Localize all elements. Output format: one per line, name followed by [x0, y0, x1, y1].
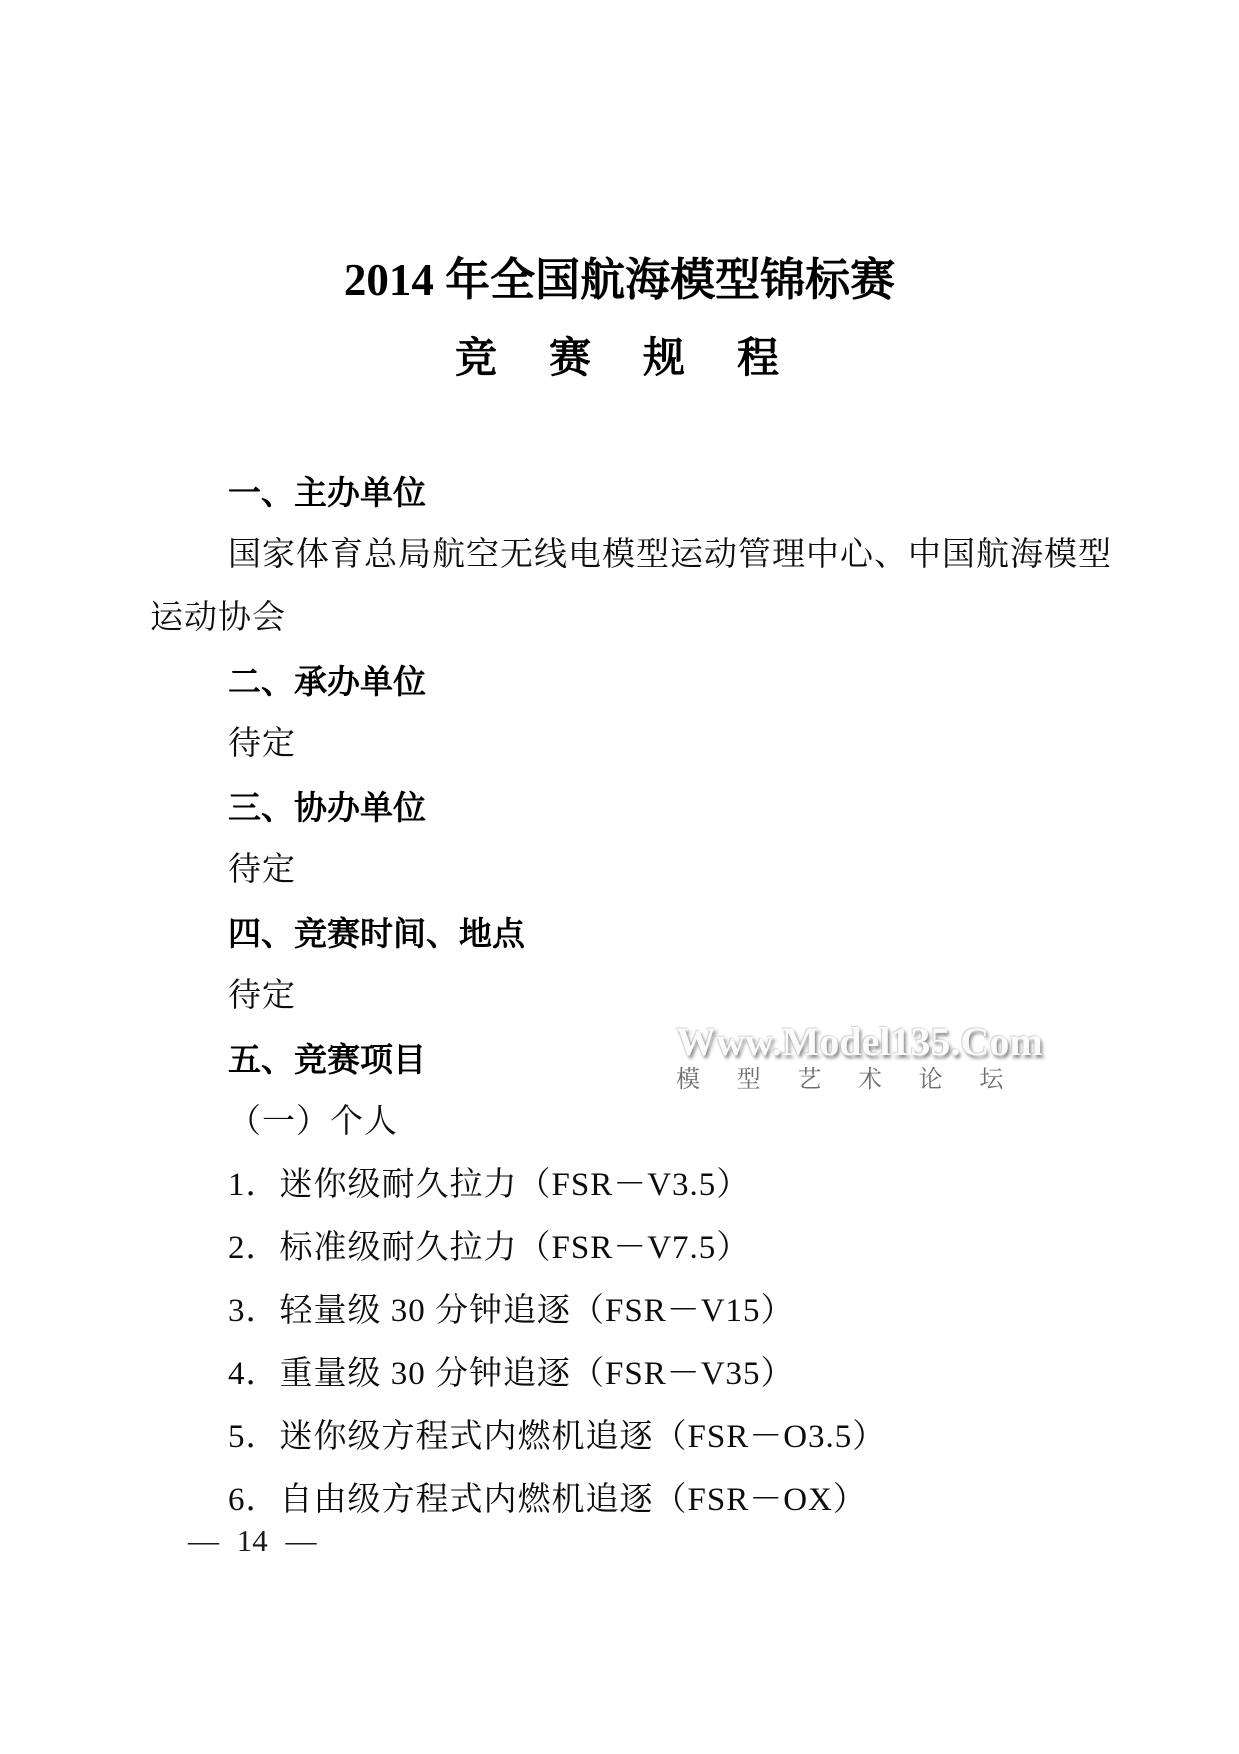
section-heading-co-organizer: 三、协办单位 — [150, 776, 1100, 839]
event-item: 3．轻量级 30 分钟追逐（FSR－V15） — [150, 1280, 1100, 1343]
events-subheading-individual: （一）个人 — [150, 1091, 1100, 1154]
document-body: 一、主办单位 国家体育总局航空无线电模型运动管理中心、中国航海模型 运动协会 二… — [150, 461, 1100, 1532]
undertaker-body: 待定 — [150, 713, 1100, 776]
organizer-body-line-2: 运动协会 — [150, 587, 1100, 650]
time-place-body: 待定 — [150, 965, 1100, 1028]
page-subtitle: 竞 赛 规 程 — [0, 333, 1239, 383]
event-item: 4．重量级 30 分钟追逐（FSR－V35） — [150, 1343, 1100, 1406]
co-organizer-body: 待定 — [150, 839, 1100, 902]
section-heading-events: 五、竞赛项目 — [150, 1028, 1100, 1091]
section-heading-undertaker: 二、承办单位 — [150, 650, 1100, 713]
document-page: 2014 年全国航海模型锦标赛 竞 赛 规 程 一、主办单位 国家体育总局航空无… — [0, 0, 1239, 1754]
section-heading-time-place: 四、竞赛时间、地点 — [150, 902, 1100, 965]
event-item: 5．迷你级方程式内燃机追逐（FSR－O3.5） — [150, 1406, 1100, 1469]
page-number: — 14 — — [188, 1522, 317, 1559]
page-title: 2014 年全国航海模型锦标赛 — [0, 253, 1239, 307]
section-heading-organizer: 一、主办单位 — [150, 461, 1100, 524]
organizer-body-line-1: 国家体育总局航空无线电模型运动管理中心、中国航海模型 — [150, 524, 1100, 587]
event-item: 2．标准级耐久拉力（FSR－V7.5） — [150, 1217, 1100, 1280]
event-item: 1．迷你级耐久拉力（FSR－V3.5） — [150, 1154, 1100, 1217]
